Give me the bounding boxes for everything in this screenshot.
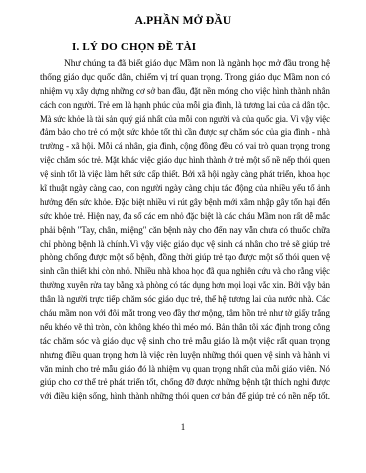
body-line-text: kĩ thuật ngày càng cao, con người ngày c… [40, 182, 330, 196]
body-line-text: nhưng điều quan trọng hơn là việc rèn lu… [40, 349, 330, 363]
body-line: cách con người. Trẻ em là hạnh phúc của … [40, 99, 330, 113]
body-line-text: hưởng đến sức khỏe. Đặc biệt nhiều vi rú… [40, 196, 330, 210]
body-line-text: thường xuyên rửa tay bằng xà phòng có tá… [40, 279, 330, 293]
body-line-text: tác chăm sóc và giáo dục vệ sinh cho trẻ… [40, 335, 330, 349]
body-line: tác chăm sóc và giáo dục vệ sinh cho trẻ… [40, 335, 330, 349]
body-line: hưởng đến sức khỏe. Đặc biệt nhiều vi rú… [40, 196, 330, 210]
body-line: thường xuyên rửa tay bằng xà phòng có tá… [40, 279, 330, 293]
body-line-text: thân là người trực tiếp chăm sóc giáo dụ… [40, 293, 330, 307]
body-line: với điều kiện sống, hình thành những thó… [40, 390, 330, 404]
body-line: Mà sức khỏe là tài sản quý giá nhất của … [40, 113, 330, 127]
body-line: nhiệm vụ xây dựng những cơ sở ban đầu, đ… [40, 85, 330, 99]
body-line-text: giúp cho cơ thể trẻ phát triển tốt, chốn… [40, 376, 330, 390]
page-number: 1 [0, 421, 366, 434]
body-line-text: thống giáo dục quốc dân, chiếm vị trí qu… [40, 71, 330, 85]
body-line-text: phòng chống được một số bệnh, đồng thời … [40, 251, 330, 265]
body-paragraph: Như chúng ta đã biết giáo dục Mầm non là… [40, 57, 330, 404]
body-line: kĩ thuật ngày càng cao, con người ngày c… [40, 182, 330, 196]
body-line: Như chúng ta đã biết giáo dục Mầm non là… [40, 57, 330, 71]
body-line: phải bệnh "Tay, chân, miệng" căn bệnh nà… [40, 224, 330, 238]
body-line: việc chăm sóc trẻ. Mặt khác việc giáo dụ… [40, 154, 330, 168]
body-line: thống giáo dục quốc dân, chiếm vị trí qu… [40, 71, 330, 85]
body-line-text: Mà sức khỏe là tài sản quý giá nhất của … [40, 113, 330, 127]
body-line: sinh cần thiết khi còn nhỏ. Nhiều nhà kh… [40, 265, 330, 279]
body-line: nhưng điều quan trọng hơn là việc rèn lu… [40, 349, 330, 363]
document-title: A.PHẦN MỞ ĐẦU [0, 0, 366, 28]
body-line-text: trường - xã hội. Mỗi cá nhân, gia đình, … [40, 140, 330, 154]
body-line-text: Như chúng ta đã biết giáo dục Mầm non là… [64, 57, 330, 71]
body-line-text: phải bệnh "Tay, chân, miệng" căn bệnh nà… [40, 224, 330, 238]
body-line-text: sức khỏe trẻ. Hiện nay, đa số các em nhỏ… [40, 210, 330, 224]
body-line-text: với điều kiện sống, hình thành những thó… [40, 390, 330, 404]
body-line: vệ sinh tốt là việc làm hết sức cấp thiế… [40, 168, 330, 182]
section-heading: I. LÝ DO CHỌN ĐỀ TÀI [72, 41, 330, 54]
body-line-text: sinh cần thiết khi còn nhỏ. Nhiều nhà kh… [40, 265, 330, 279]
body-line-text: cách con người. Trẻ em là hạnh phúc của … [40, 99, 330, 113]
body-line: cháu mầm non với đôi mắt trong veo đầy t… [40, 307, 330, 321]
body-line: trường - xã hội. Mỗi cá nhân, gia đình, … [40, 140, 330, 154]
body-line-text: đảm bảo cho trẻ có một sức khỏe tốt thì … [40, 126, 330, 140]
body-line-text: cháu mầm non với đôi mắt trong veo đầy t… [40, 307, 330, 321]
body-line-text: nhiệm vụ xây dựng những cơ sở ban đầu, đ… [40, 85, 330, 99]
body-line: đảm bảo cho trẻ có một sức khỏe tốt thì … [40, 126, 330, 140]
body-line-text: chỉ phòng bệnh là chính.Vì vậy việc giáo… [40, 238, 330, 252]
body-line-text: nếu khéo vẽ thì tròn, còn không khéo thì… [40, 321, 330, 335]
body-line: chỉ phòng bệnh là chính.Vì vậy việc giáo… [40, 238, 330, 252]
body-line: văn minh cho trẻ mẫu giáo đó là nhiệm vụ… [40, 363, 330, 377]
body-line-text: việc chăm sóc trẻ. Mặt khác việc giáo dụ… [40, 154, 330, 168]
body-line: nếu khéo vẽ thì tròn, còn không khéo thì… [40, 321, 330, 335]
body-line: phòng chống được một số bệnh, đồng thời … [40, 251, 330, 265]
body-line-text: văn minh cho trẻ mẫu giáo đó là nhiệm vụ… [40, 363, 330, 377]
body-line: giúp cho cơ thể trẻ phát triển tốt, chốn… [40, 376, 330, 390]
body-line: thân là người trực tiếp chăm sóc giáo dụ… [40, 293, 330, 307]
document-page: A.PHẦN MỞ ĐẦU I. LÝ DO CHỌN ĐỀ TÀI Như c… [0, 0, 366, 473]
body-line-text: vệ sinh tốt là việc làm hết sức cấp thiế… [40, 168, 330, 182]
body-line: sức khỏe trẻ. Hiện nay, đa số các em nhỏ… [40, 210, 330, 224]
